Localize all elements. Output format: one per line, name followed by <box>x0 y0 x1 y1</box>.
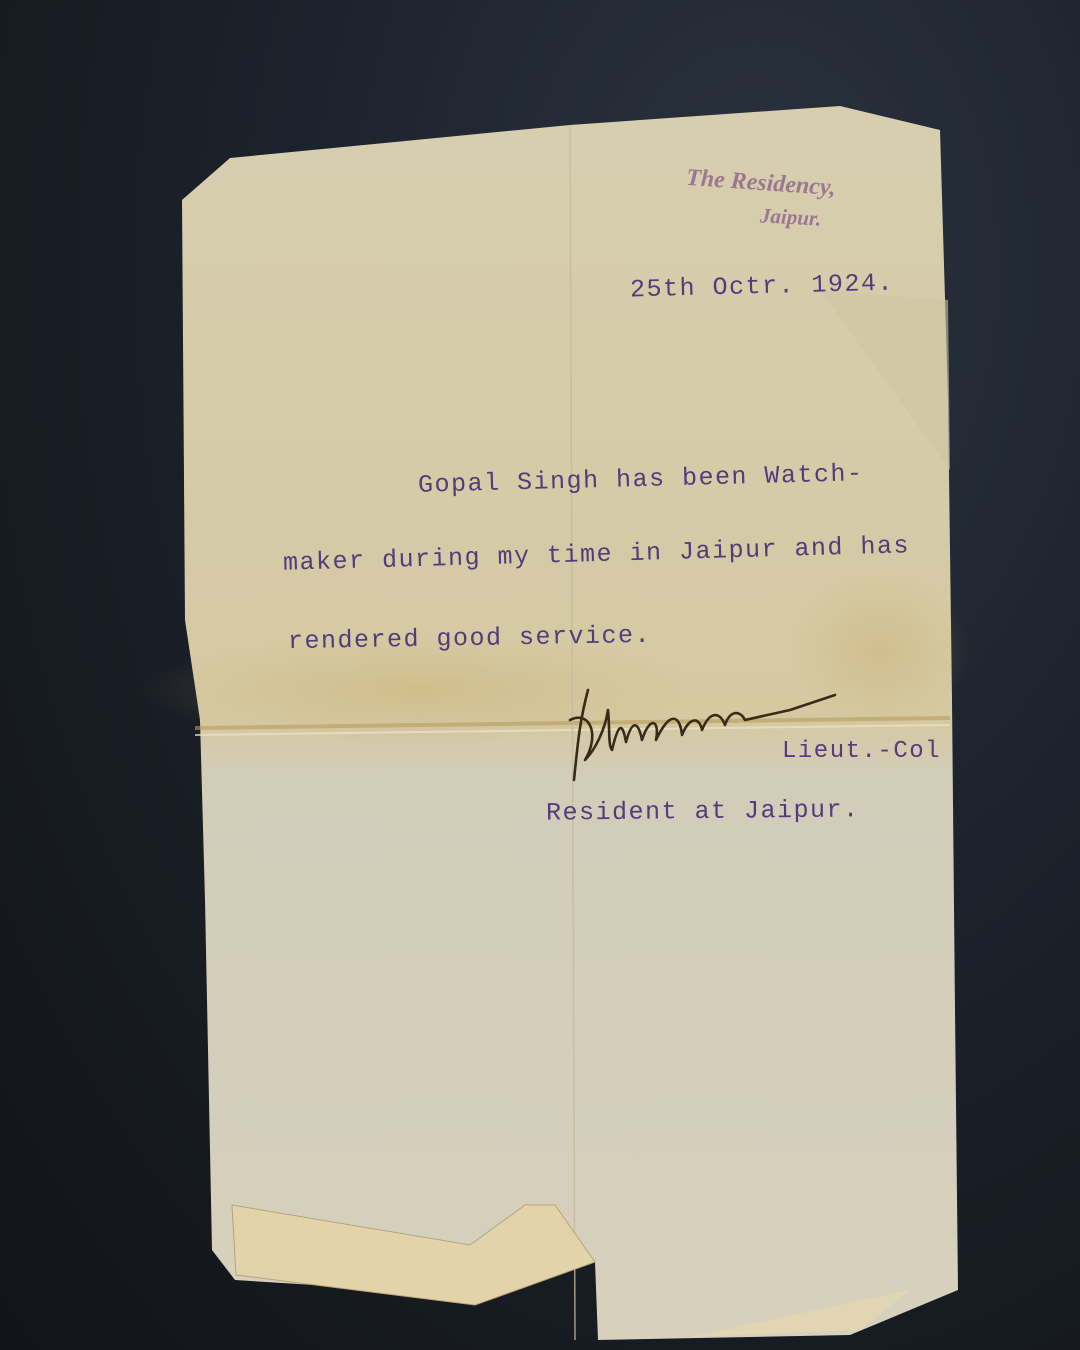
letterhead-stamp-line2: Jaipur. <box>759 203 822 231</box>
signatory-rank: Lieut.-Col <box>782 738 941 765</box>
letter-paper: The Residency, Jaipur. 25th Octr. 1924. … <box>0 0 1080 1350</box>
paper-shape <box>0 0 1080 1350</box>
signatory-title: Resident at Jaipur. <box>546 795 860 827</box>
